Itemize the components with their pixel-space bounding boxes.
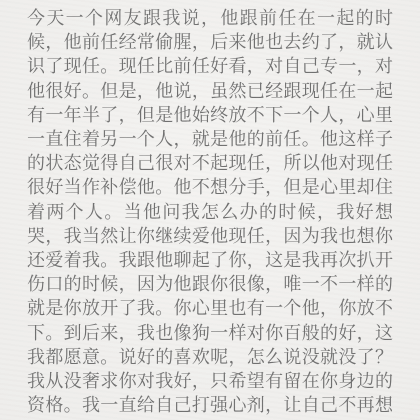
text-line: 今天一个网友跟我说，他跟前任在一起的时 <box>27 7 393 31</box>
text-line: 就是你放开了我。你心里也有一个他，你放不 <box>27 297 393 321</box>
text-line: 很好当作补偿他。他不想分手，但是心里却住 <box>27 176 393 200</box>
text-line: 哭，我当然让你继续爱他现任，因为我也想你 <box>27 225 393 249</box>
text-line: 候，他前任经常偷腥，后来他也去约了，就认 <box>27 31 393 55</box>
text-line: 还爱着我。我跟他聊起了你，这是我再次扒开 <box>27 249 393 273</box>
text-line: 的状态觉得自己很对不起现任，所以他对现任 <box>27 152 393 176</box>
article-text: 今天一个网友跟我说，他跟前任在一起的时 候，他前任经常偷腥，后来他也去约了，就认… <box>27 7 393 418</box>
text-line: 有一年半了，但是他始终放不下一个人，心里 <box>27 104 393 128</box>
text-line: 识了现任。现任比前任好看，对自己专一，对 <box>27 55 393 79</box>
text-page: 今天一个网友跟我说，他跟前任在一起的时 候，他前任经常偷腥，后来他也去约了，就认… <box>0 0 420 420</box>
text-line: 着两个人。当他问我怎么办的时候，我好想 <box>27 201 393 225</box>
text-line: 一直住着另一个人，就是他的前任。他这样子 <box>27 128 393 152</box>
text-line: 我从没奢求你对我好，只希望有留在你身边的 <box>27 370 393 394</box>
text-line: 他很好。但是，他说，虽然已经跟现任在一起 <box>27 80 393 104</box>
text-line: 伤口的时候，因为他跟你很像，唯一不一样的 <box>27 273 393 297</box>
text-line: 下。到后来，我也像狗一样对你百般的好，这 <box>27 322 393 346</box>
text-line: 我都愿意。说好的喜欢呢，怎么说没就没了？ <box>27 346 393 370</box>
text-line: 资格。我一直给自己打强心剂，让自己不再想 <box>27 394 393 418</box>
